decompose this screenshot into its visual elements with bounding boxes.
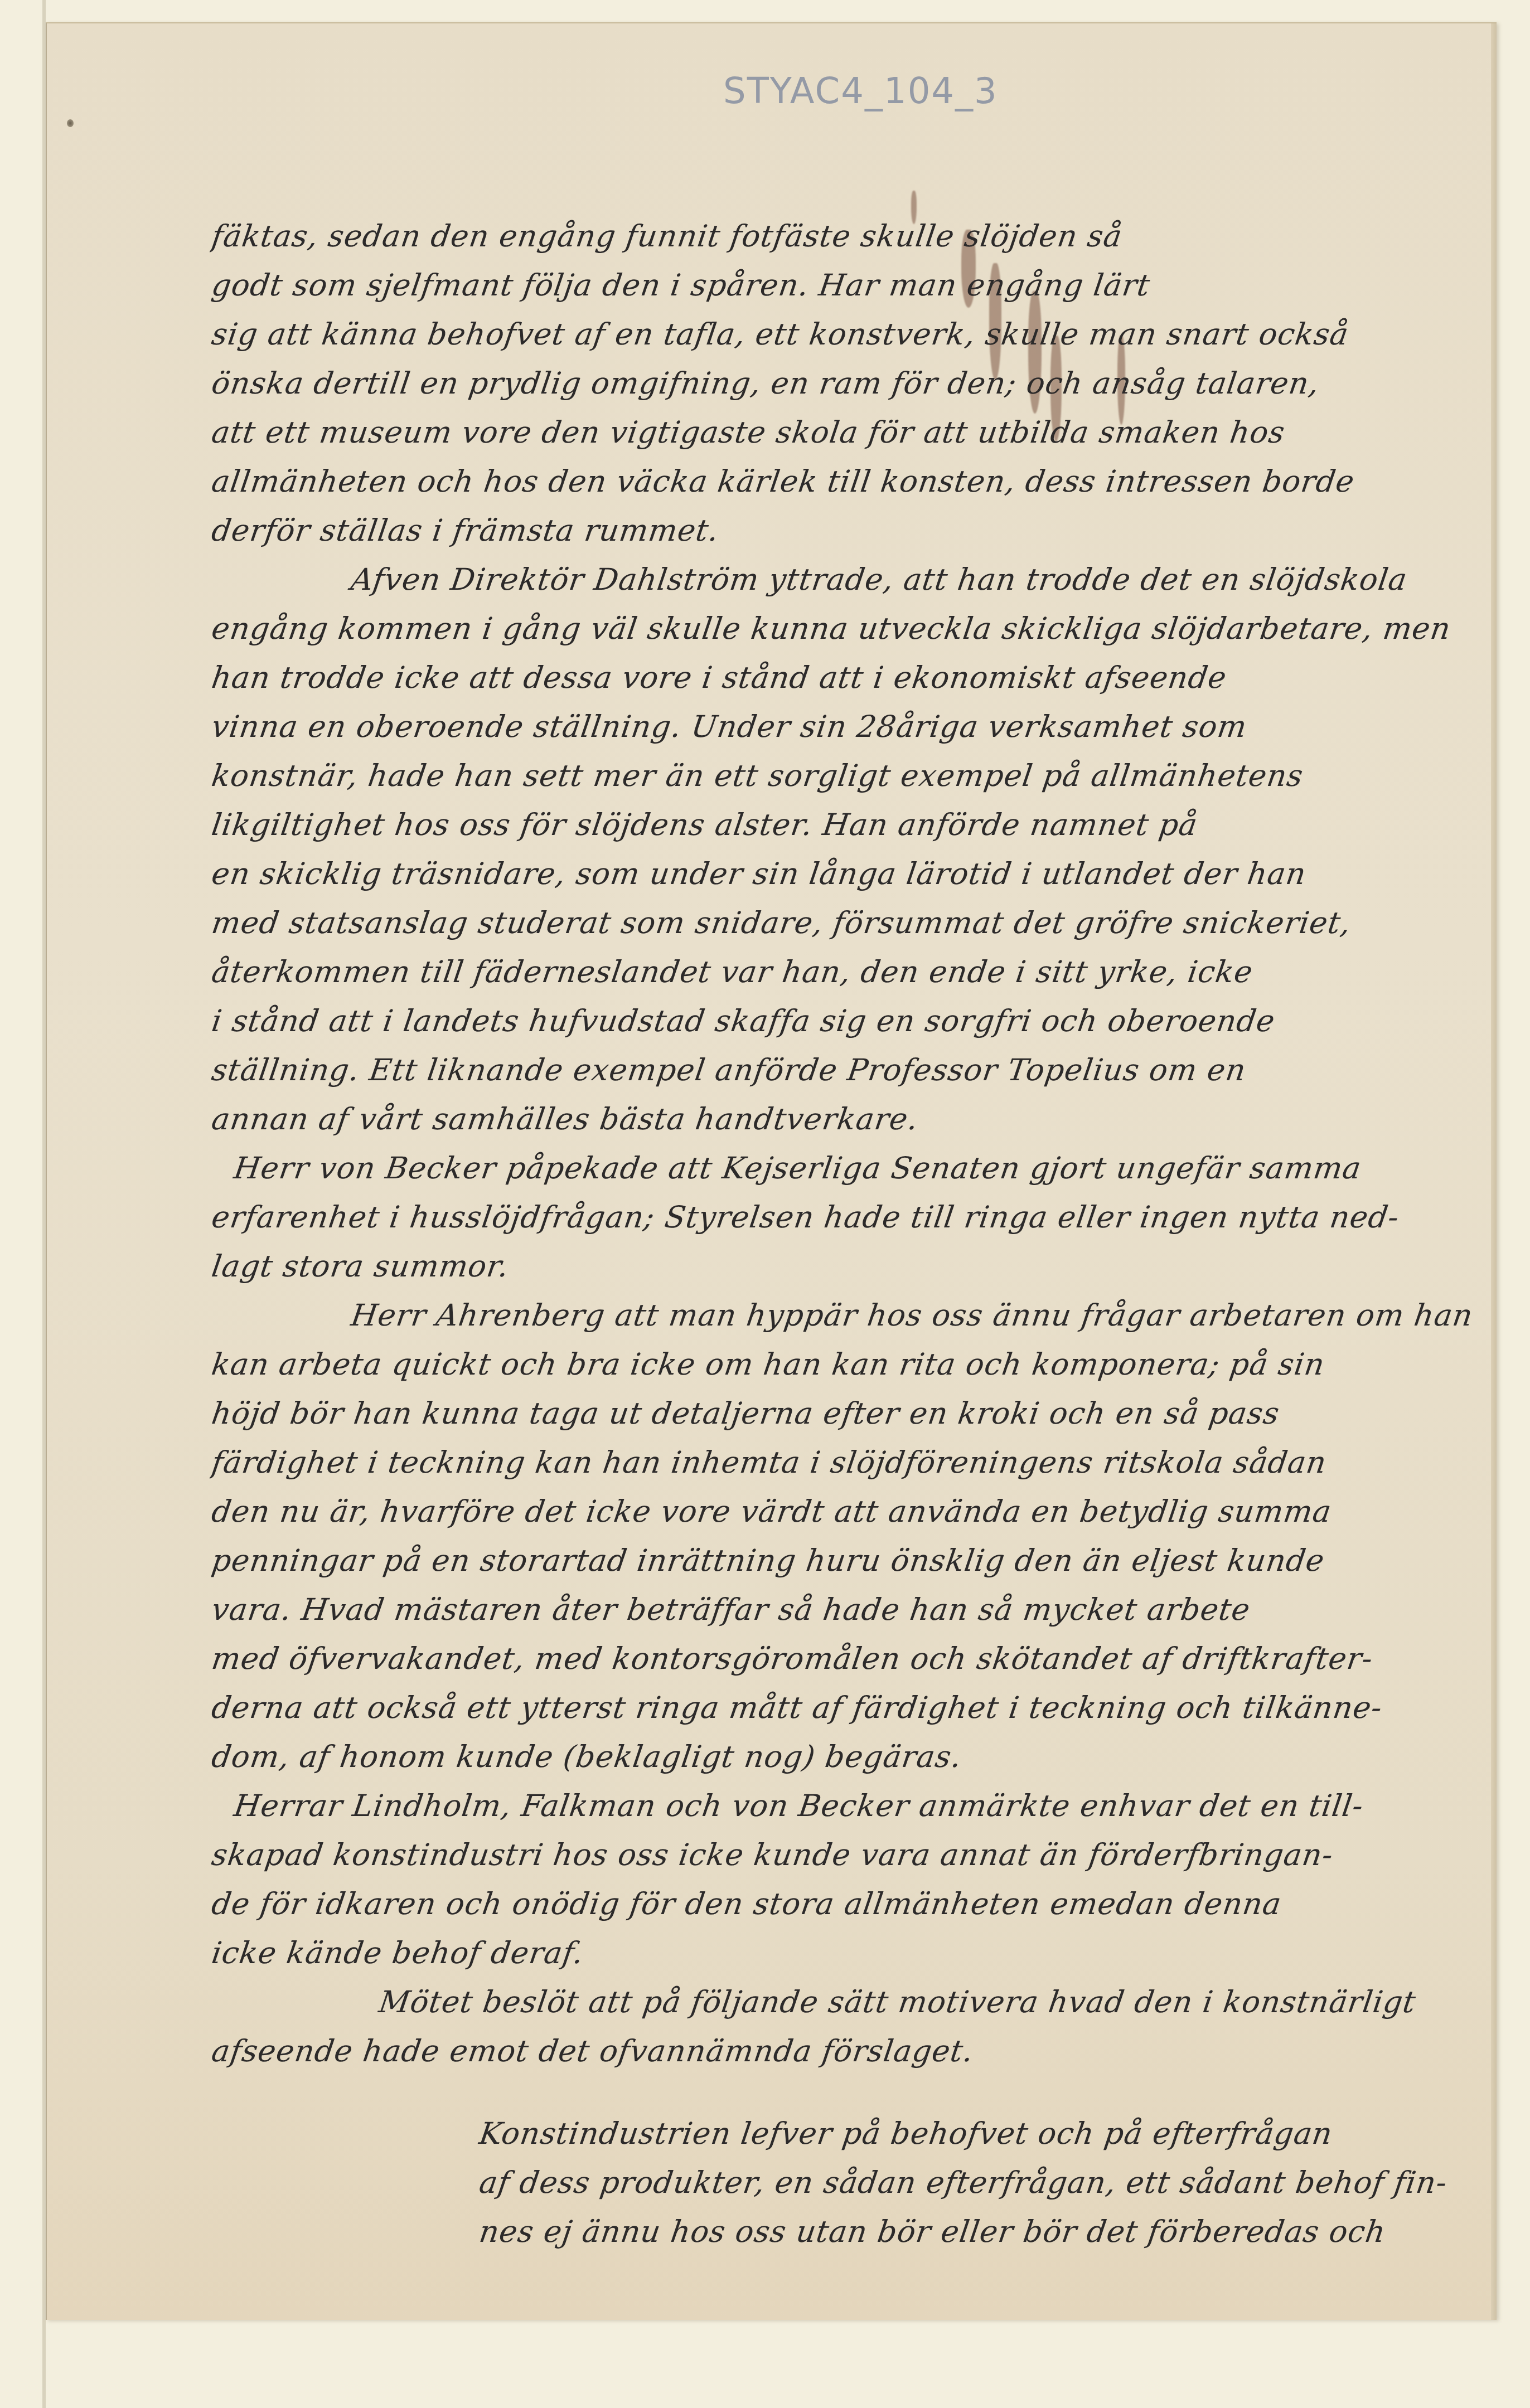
text-line: skapad konstindustri hos oss icke kunde … [209,1831,1487,1880]
text-line: erfarenhet i husslöjdfrågan; Styrelsen h… [209,1193,1487,1242]
text-line: med öfvervakandet, med kontorsgöromålen … [209,1634,1487,1683]
text-line: af dess produkter, en sådan efterfrågan,… [209,2158,1487,2207]
pin-hole [67,119,74,127]
text-line: önska dertill en prydlig omgifning, en r… [209,359,1487,408]
text-line: penningar på en storartad inrättning hur… [209,1536,1487,1585]
text-line: icke kände behof deraf. [209,1929,1487,1978]
text-line: konstnär, hade han sett mer än ett sorgl… [209,751,1487,800]
paragraph: Herr Ahrenberg att man hyppär hos oss än… [212,1291,1483,1781]
text-line: sig att känna behofvet af en tafla, ett … [209,310,1487,359]
text-line: vinna en oberoende ställning. Under sin … [209,702,1487,751]
text-line: de för idkaren och onödig för den stora … [209,1880,1487,1929]
text-line: afseende hade emot det ofvannämnda försl… [209,2027,1487,2076]
text-line: fäktas, sedan den engång funnit fotfäste… [209,212,1487,261]
text-line: Herr von Becker påpekade att Kejserliga … [209,1144,1487,1193]
text-line: Konstindustrien lefver på behofvet och p… [209,2109,1487,2158]
text-line: nes ej ännu hos oss utan bör eller bör d… [209,2207,1487,2256]
text-line: annan af vårt samhälles bästa handtverka… [209,1095,1487,1144]
paragraph: Mötet beslöt att på följande sätt motive… [212,1978,1483,2076]
text-line: Herrar Lindholm, Falkman och von Becker … [209,1781,1487,1831]
text-line: Mötet beslöt att på följande sätt motive… [209,1978,1487,2027]
text-line: allmänheten och hos den väcka kärlek til… [209,457,1487,506]
text-line: en skicklig träsnidare, som under sin lå… [209,849,1487,899]
text-line: derna att också ett ytterst ringa mått a… [209,1683,1487,1732]
text-line: han trodde icke att dessa vore i stånd a… [209,653,1487,702]
text-line: den nu är, hvarföre det icke vore värdt … [209,1487,1487,1536]
text-line: med statsanslag studerat som snidare, fö… [209,899,1487,948]
text-line: kan arbeta quickt och bra icke om han ka… [209,1340,1487,1389]
text-line: likgiltighet hos oss för slöjdens alster… [209,800,1487,849]
paragraph: Herr von Becker påpekade att Kejserliga … [212,1144,1483,1291]
text-line: vara. Hvad mästaren åter beträffar så ha… [209,1585,1487,1634]
text-line: färdighet i teckning kan han inhemta i s… [209,1438,1487,1487]
paragraph: Konstindustrien lefver på behofvet och p… [212,2109,1483,2256]
text-line: engång kommen i gång väl skulle kunna ut… [209,604,1487,653]
text-line: Afven Direktör Dahlström yttrade, att ha… [209,555,1487,604]
manuscript-text: fäktas, sedan den engång funnit fotfäste… [212,212,1483,2256]
page-right-edge [1491,23,1497,2320]
text-line: i stånd att i landets hufvudstad skaffa … [209,997,1487,1046]
text-line: lagt stora summor. [209,1242,1487,1291]
text-line: dom, af honom kunde (beklagligt nog) beg… [209,1732,1487,1781]
paragraph: Afven Direktör Dahlström yttrade, att ha… [212,555,1483,1144]
text-line: ställning. Ett liknande exempel anförde … [209,1046,1487,1095]
text-line: höjd bör han kunna taga ut detaljerna ef… [209,1389,1487,1438]
text-line: godt som sjelfmant följa den i spåren. H… [209,261,1487,310]
text-line: att ett museum vore den vigtigaste skola… [209,408,1487,457]
paragraph: Herrar Lindholm, Falkman och von Becker … [212,1781,1483,1978]
text-line: derför ställas i främsta rummet. [209,506,1487,555]
paragraph: fäktas, sedan den engång funnit fotfäste… [212,212,1483,555]
archive-reference-label: STYAC4_104_3 [723,71,998,112]
text-line: Herr Ahrenberg att man hyppär hos oss än… [209,1291,1487,1340]
text-line: återkommen till fäderneslandet var han, … [209,948,1487,997]
